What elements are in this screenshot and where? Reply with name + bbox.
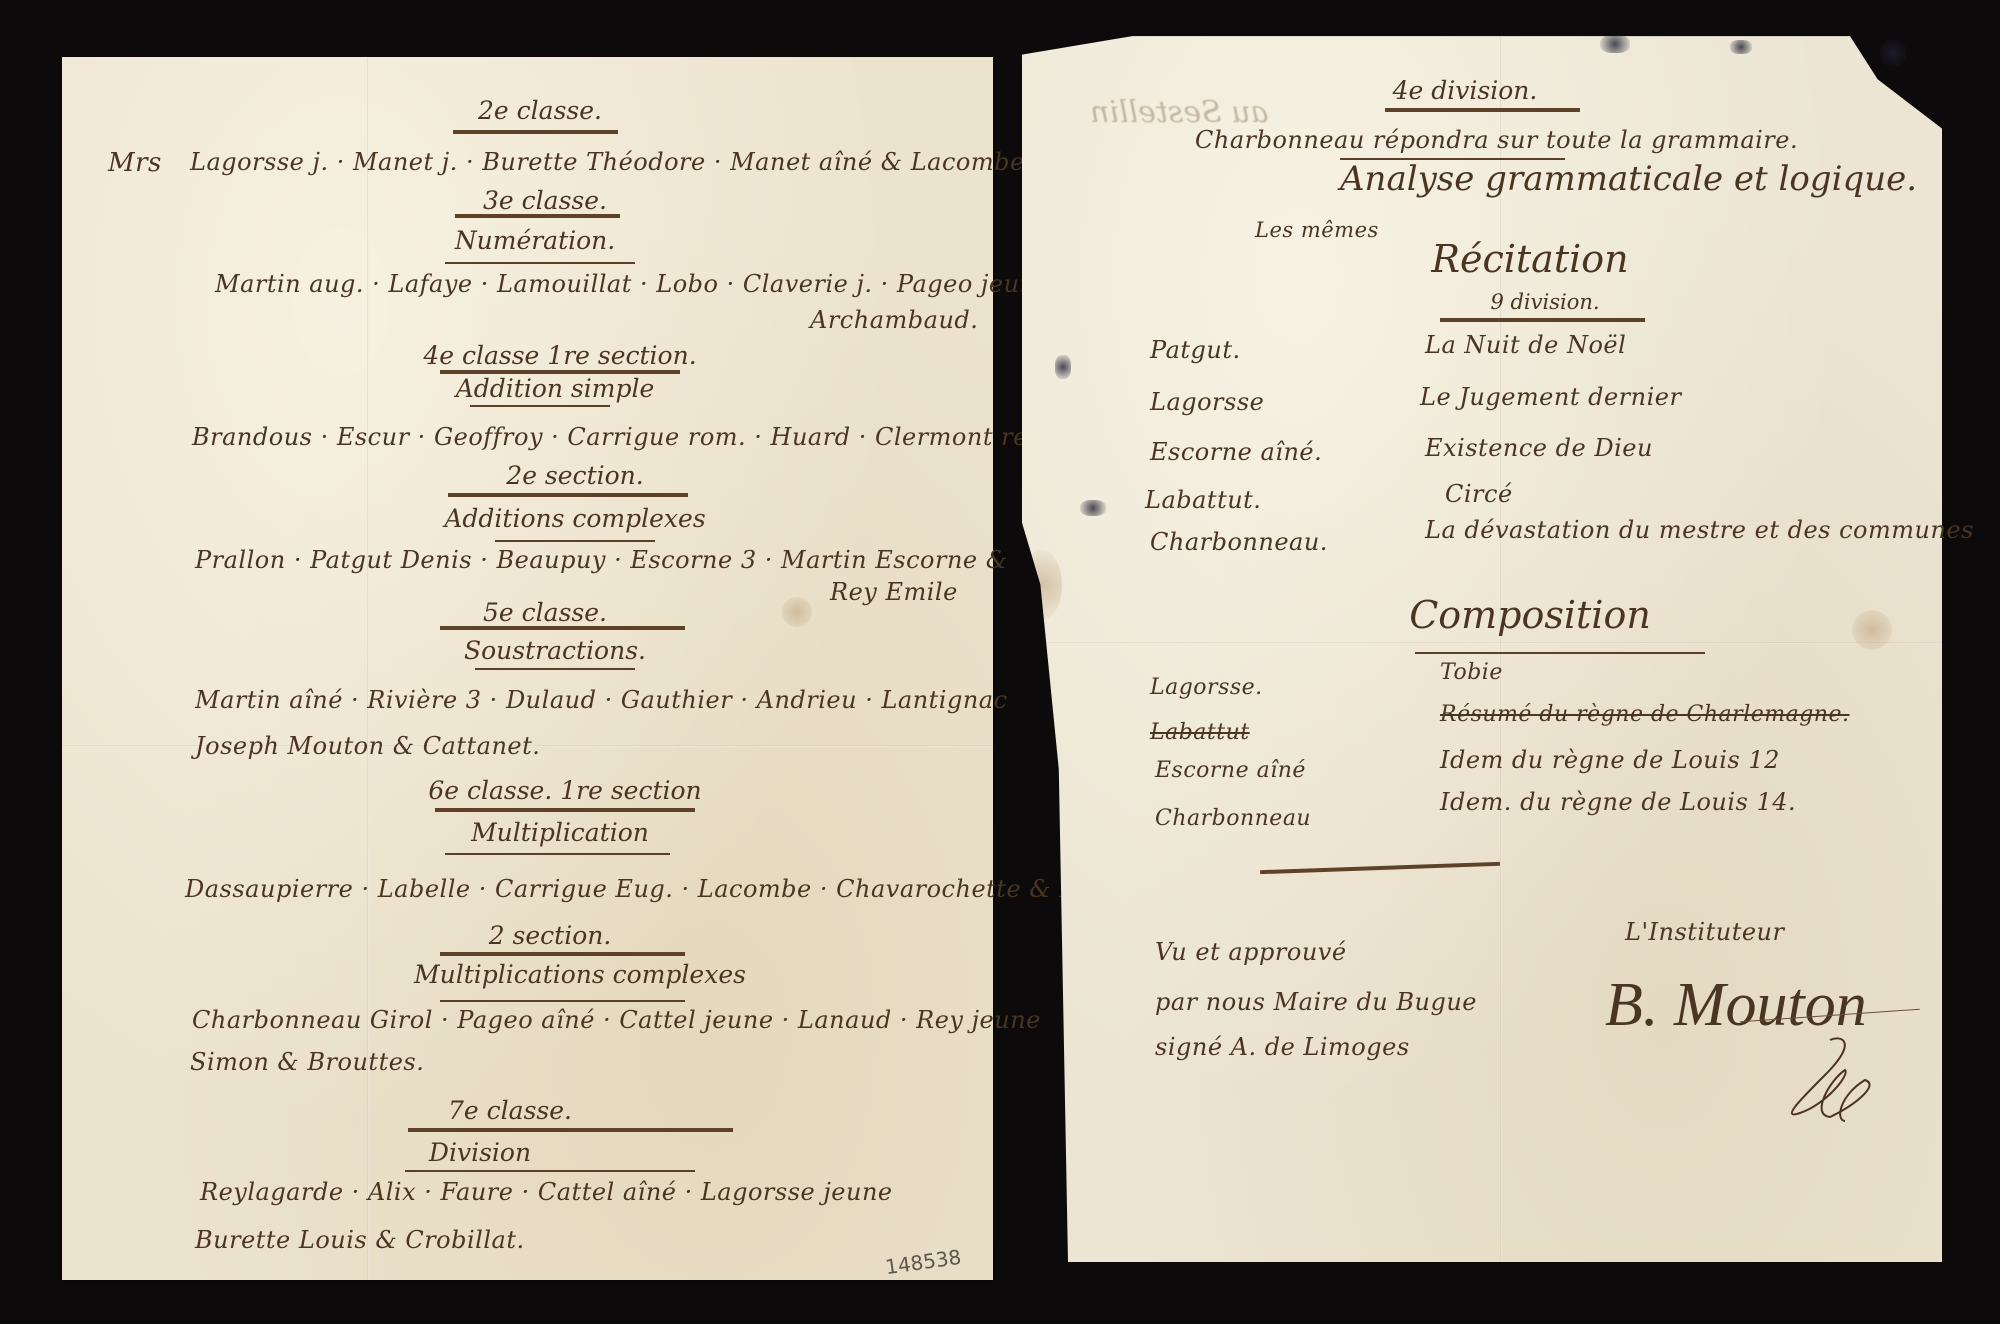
section-subject: Multiplication: [471, 820, 649, 845]
section-heading: 3e classe.: [483, 188, 607, 213]
signature-flourish-icon: [1770, 1035, 1900, 1125]
student-names-cont: Archambaud.: [810, 308, 978, 332]
subject-rule: [445, 853, 670, 855]
composition-student: Lagorsse.: [1150, 677, 1263, 699]
composition-topic: Tobie: [1440, 662, 1503, 684]
same-students-label: Les mêmes: [1255, 220, 1379, 241]
composition-topic-struck: Résumé du règne de Charlemagne.: [1440, 704, 1850, 726]
heading-rule: [440, 626, 685, 630]
heading-rule: [408, 1128, 733, 1132]
section-subject: Multiplications complexes: [414, 962, 746, 987]
heading-rule: [440, 952, 685, 956]
section-subject: Division: [429, 1140, 531, 1165]
division-note: Charbonneau répondra sur toute la gramma…: [1195, 128, 1798, 152]
student-names: Prallon · Patgut Denis · Beaupuy · Escor…: [195, 548, 1008, 572]
recitation-division: 9 division.: [1490, 292, 1599, 313]
section-heading: 2e section.: [506, 463, 643, 488]
analysis-heading: Analyse grammaticale et logique.: [1340, 162, 1917, 196]
section-heading: 6e classe. 1re section: [428, 778, 701, 803]
recitation-piece: Le Jugement dernier: [1420, 385, 1681, 409]
student-names-cont: Rey Emile: [830, 580, 958, 604]
subject-rule: [445, 262, 635, 264]
heading-rule: [435, 808, 695, 812]
student-names: Lagorsse j. · Manet j. · Burette Théodor…: [190, 150, 1033, 174]
paper-damage: [1600, 35, 1630, 53]
heading-rule: [1415, 652, 1705, 654]
recitation-student: Patgut.: [1150, 338, 1241, 362]
approval-line: Vu et approuvé: [1155, 940, 1347, 964]
student-names: Brandous · Escur · Geoffroy · Carrigue r…: [192, 425, 1112, 449]
signature-name: B. Mouton: [1605, 970, 1867, 1041]
recitation-student: Escorne aîné.: [1150, 440, 1322, 464]
signature-title: L'Instituteur: [1625, 920, 1785, 944]
ink-offset-ghost: au Sestellin: [1090, 95, 1268, 130]
section-heading: 7e classe.: [448, 1098, 572, 1123]
subject-rule: [470, 405, 610, 407]
section-heading: 5e classe.: [483, 600, 607, 625]
paper-damage: [1880, 40, 1906, 66]
composition-topic: Idem du règne de Louis 12: [1440, 748, 1780, 772]
composition-student-struck: Labattut: [1150, 722, 1250, 744]
section-subject: Addition simple: [456, 376, 655, 401]
division-heading: 4e division.: [1393, 78, 1538, 103]
composition-heading: Composition: [1409, 596, 1651, 634]
heading-rule: [453, 130, 618, 134]
student-names-cont: Simon & Brouttes.: [190, 1050, 424, 1074]
approval-line: signé A. de Limoges: [1155, 1035, 1410, 1059]
water-stain: [1022, 550, 1062, 620]
paper-damage: [1730, 40, 1752, 54]
heading-rule: [1440, 318, 1645, 322]
recitation-piece: La Nuit de Noël: [1425, 333, 1626, 357]
subject-rule: [475, 668, 635, 670]
recitation-piece: Circé: [1445, 482, 1513, 506]
student-names: Martin aîné · Rivière 3 · Dulaud · Gauth…: [195, 688, 1008, 712]
recitation-piece: La dévastation du mestre et des communes: [1425, 518, 1974, 542]
section-heading: 2 section.: [489, 923, 612, 948]
water-stain: [1852, 610, 1892, 650]
paper-fold: [1022, 642, 1942, 644]
recitation-student: Labattut.: [1145, 488, 1261, 512]
paper-fold: [367, 57, 369, 1280]
prefix-label: Mrs: [108, 150, 162, 176]
paper-fold: [1500, 30, 1502, 1262]
heading-rule: [448, 493, 688, 497]
heading-rule: [455, 214, 620, 218]
section-subject: Additions complexes: [444, 506, 705, 531]
ink-stain: [782, 597, 812, 627]
composition-student: Charbonneau: [1155, 808, 1311, 830]
student-names: Charbonneau Girol · Pageo aîné · Cattel …: [192, 1008, 1041, 1032]
student-names-cont: Burette Louis & Crobillat.: [195, 1228, 525, 1252]
recitation-student: Lagorsse: [1150, 390, 1264, 414]
recitation-piece: Existence de Dieu: [1425, 436, 1653, 460]
section-subject: Numération.: [455, 228, 615, 253]
paper-damage: [1080, 500, 1106, 516]
composition-student: Escorne aîné: [1155, 760, 1306, 782]
section-subject: Soustractions.: [464, 638, 646, 663]
recitation-student: Charbonneau.: [1150, 530, 1328, 554]
recitation-heading: Récitation: [1431, 240, 1628, 278]
composition-topic: Idem. du règne de Louis 14.: [1440, 790, 1796, 814]
heading-rule: [1385, 108, 1580, 112]
subject-rule: [495, 540, 655, 542]
student-names: Reylagarde · Alix · Faure · Cattel aîné …: [200, 1180, 893, 1204]
student-names: Dassaupierre · Labelle · Carrigue Eug. ·…: [185, 877, 1168, 901]
paper-damage: [1055, 355, 1071, 379]
student-names: Martin aug. · Lafaye · Lamouillat · Lobo…: [215, 272, 1080, 296]
section-heading: 2e classe.: [478, 98, 602, 123]
approval-line: par nous Maire du Bugue: [1155, 990, 1477, 1014]
subject-rule: [440, 1000, 685, 1002]
student-names-cont: Joseph Mouton & Cattanet.: [195, 734, 540, 758]
subject-rule: [405, 1170, 695, 1172]
section-heading: 4e classe 1re section.: [423, 343, 696, 368]
